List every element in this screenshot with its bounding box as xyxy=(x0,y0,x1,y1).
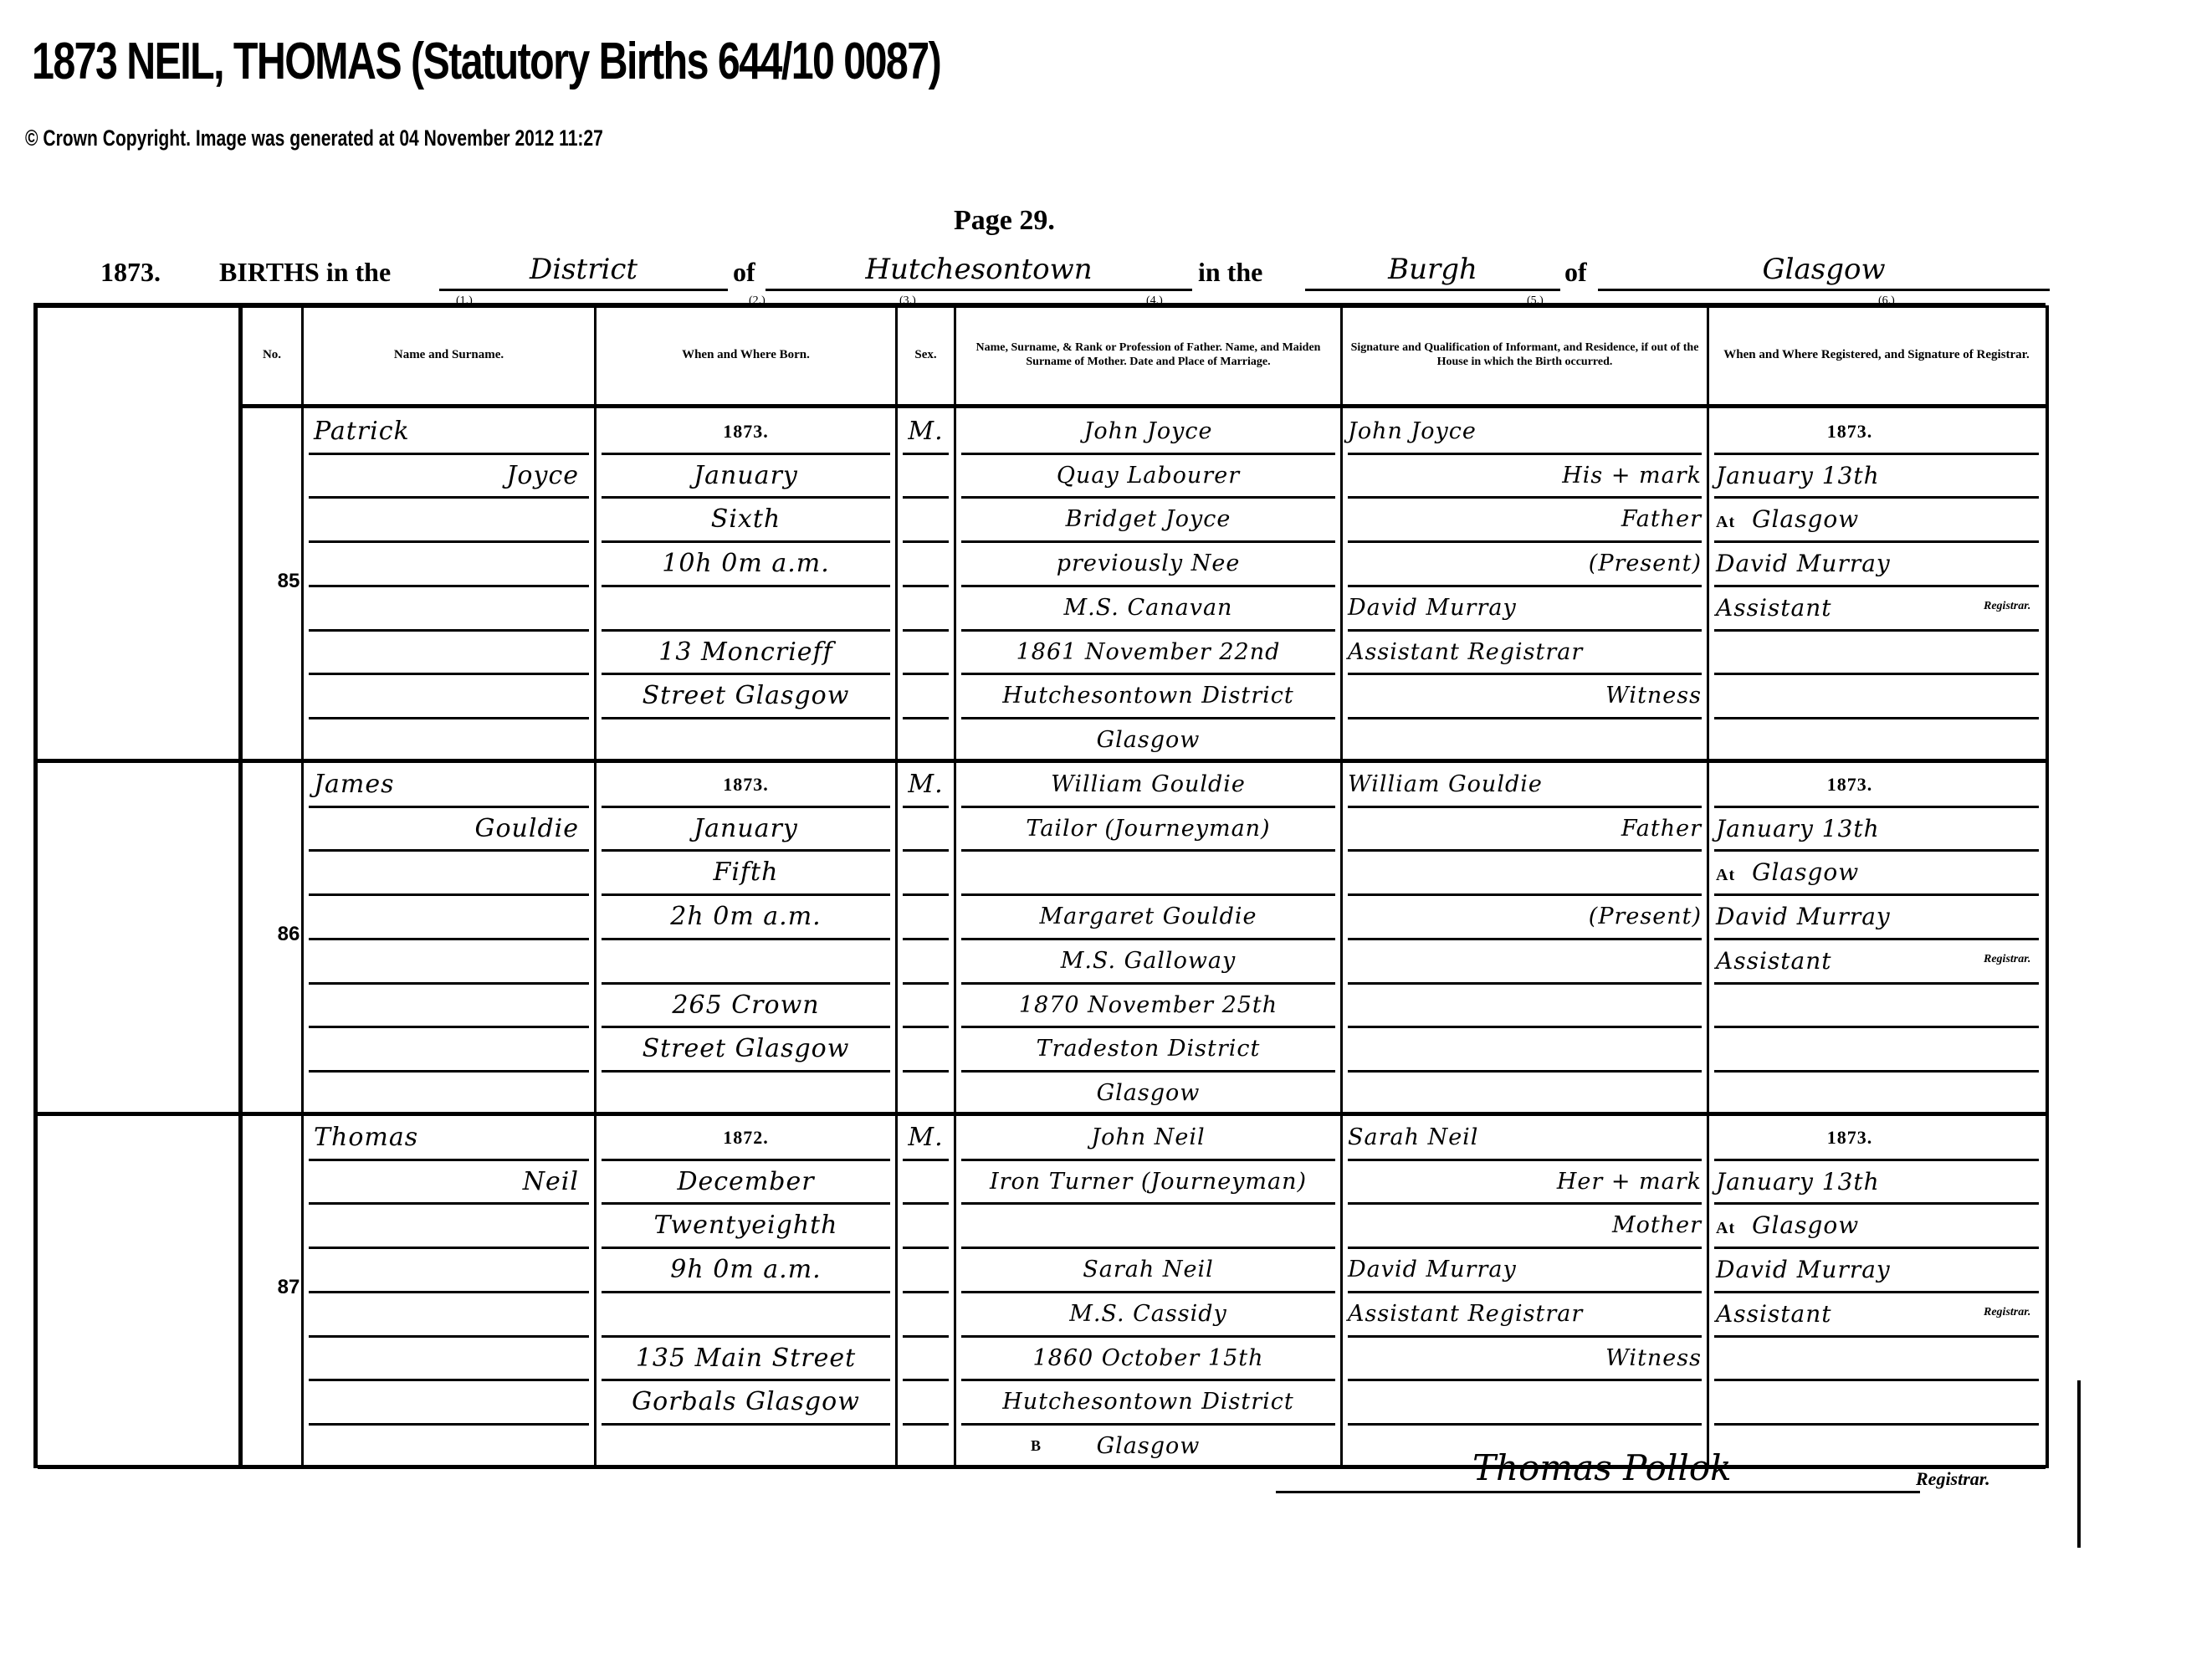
birth-detail: Street Glasgow xyxy=(602,1032,890,1066)
birth-detail: Street Glasgow xyxy=(602,679,890,713)
child-surname: Joyce xyxy=(314,459,579,493)
column-header-sex: Sex. xyxy=(898,305,954,404)
child-forename: James xyxy=(314,768,579,801)
ruled-line xyxy=(309,938,589,940)
parent-detail: Quay Labourer xyxy=(961,459,1335,493)
ruled-line xyxy=(1714,893,2039,896)
birth-detail: Gorbals Glasgow xyxy=(602,1385,890,1419)
ruled-line xyxy=(903,453,949,455)
at-label: At xyxy=(1716,866,1735,884)
ruled-line xyxy=(903,1026,949,1028)
of-label-2: of xyxy=(1564,257,1587,288)
ruled-line xyxy=(309,1202,589,1205)
birth-detail: Sixth xyxy=(602,503,890,536)
parent-detail: Hutchesontown District xyxy=(961,1385,1335,1419)
ruled-line xyxy=(1348,585,1702,587)
ruled-line xyxy=(903,1423,949,1426)
ruled-line xyxy=(903,629,949,632)
ruled-line xyxy=(903,717,949,719)
column-header-name: Name and Surname. xyxy=(304,305,594,404)
ruled-line xyxy=(1714,717,2039,719)
registration-detail: Assistant xyxy=(1716,945,1984,978)
ruled-line xyxy=(1714,982,2039,985)
entry-number: 87 xyxy=(243,1276,335,1299)
ruled-line xyxy=(961,982,1335,985)
ruled-line xyxy=(961,1026,1335,1028)
informant-detail: Assistant Registrar xyxy=(1348,636,1702,669)
column-header-parents: Name, Surname, & Rank or Profession of F… xyxy=(956,305,1340,404)
birth-detail: 265 Crown xyxy=(602,989,890,1022)
ruled-line xyxy=(903,1291,949,1293)
birth-detail: 13 Moncrieff xyxy=(602,636,890,669)
registrar-signature: Thomas Pollok xyxy=(1472,1447,1732,1488)
ruled-line xyxy=(903,496,949,499)
parent-detail: Tradeston District xyxy=(961,1032,1335,1066)
ruled-line xyxy=(309,1026,589,1028)
parent-detail: Bridget Joyce xyxy=(961,503,1335,536)
parent-detail: M.S. Canavan xyxy=(961,591,1335,625)
parent-detail: 1861 November 22nd xyxy=(961,636,1335,669)
parent-detail: Iron Turner (Journeyman) xyxy=(961,1165,1335,1199)
parent-detail: previously Nee xyxy=(961,547,1335,581)
registration-detail: AtGlasgow xyxy=(1716,503,1984,539)
parent-detail: Sarah Neil xyxy=(961,1253,1335,1287)
ruled-line xyxy=(1714,1291,2039,1293)
ruled-line xyxy=(602,585,890,587)
ruled-line xyxy=(602,1202,890,1205)
ruled-line xyxy=(602,849,890,852)
child-surname: Neil xyxy=(314,1165,579,1199)
ruled-line xyxy=(602,806,890,808)
ruled-line xyxy=(1348,806,1702,808)
page-number: Page 29. xyxy=(954,205,1055,237)
ruled-line xyxy=(1348,893,1702,896)
child-sex: M. xyxy=(901,415,950,448)
ruled-line xyxy=(602,629,890,632)
registration-detail: January 13th xyxy=(1716,812,1984,846)
ruled-line xyxy=(961,496,1335,499)
ruled-line xyxy=(961,1247,1335,1249)
page-edge xyxy=(2077,1380,2081,1548)
ruled-line xyxy=(1714,1247,2039,1249)
child-surname: Gouldie xyxy=(314,812,579,846)
ruled-line xyxy=(1714,629,2039,632)
informant-detail: (Present) xyxy=(1348,900,1702,934)
at-label: At xyxy=(1716,513,1735,531)
ruled-line xyxy=(602,1291,890,1293)
informant-detail: (Present) xyxy=(1348,547,1702,581)
ruled-line xyxy=(1714,1070,2039,1073)
registration-detail: 1873. xyxy=(1716,768,1984,801)
record-title: 1873 NEIL, THOMAS (Statutory Births 644/… xyxy=(32,32,940,91)
registration-detail: January 13th xyxy=(1716,459,1984,493)
ruled-line xyxy=(1348,496,1702,499)
ruled-line xyxy=(602,540,890,543)
child-sex: M. xyxy=(901,768,950,801)
district-type-field: District xyxy=(439,250,728,291)
births-in-the-label: BIRTHS in the xyxy=(219,257,391,288)
register-entry: 85PatrickJoyce1873.JanuarySixth10h 0m a.… xyxy=(38,408,2046,761)
ruled-line xyxy=(309,453,589,455)
ruled-line xyxy=(903,673,949,675)
birth-detail: 1872. xyxy=(602,1121,890,1154)
child-forename: Thomas xyxy=(314,1121,579,1154)
ruled-line xyxy=(1348,717,1702,719)
ruled-line xyxy=(602,673,890,675)
registration-detail: David Murray xyxy=(1716,547,1984,581)
ruled-line xyxy=(309,849,589,852)
parent-detail: Hutchesontown District xyxy=(961,679,1335,713)
ruled-line xyxy=(961,673,1335,675)
registration-detail: 1873. xyxy=(1716,415,1984,448)
ruled-line xyxy=(1348,1291,1702,1293)
ruled-line xyxy=(1348,1070,1702,1073)
informant-detail: Sarah Neil xyxy=(1348,1121,1702,1154)
ruled-line xyxy=(309,629,589,632)
ruled-line xyxy=(309,585,589,587)
ruled-line xyxy=(1348,453,1702,455)
ruled-line xyxy=(961,585,1335,587)
birth-detail: December xyxy=(602,1165,890,1199)
ruled-line xyxy=(1348,1202,1702,1205)
ruled-line xyxy=(1714,1026,2039,1028)
ruled-line xyxy=(309,496,589,499)
ruled-line xyxy=(602,1247,890,1249)
parent-detail: Glasgow xyxy=(961,724,1335,757)
ruled-line xyxy=(309,1423,589,1426)
parent-detail: William Gouldie xyxy=(961,768,1335,801)
informant-detail: Assistant Registrar xyxy=(1348,1298,1702,1331)
ruled-line xyxy=(309,1247,589,1249)
ruled-line xyxy=(309,1070,589,1073)
ruled-line xyxy=(309,1335,589,1338)
district-name-field: Hutchesontown xyxy=(765,250,1192,291)
ruled-line xyxy=(309,982,589,985)
at-label: At xyxy=(1716,1219,1735,1237)
ruled-line xyxy=(961,1423,1335,1426)
ruled-line xyxy=(1714,453,2039,455)
ruled-line xyxy=(1348,629,1702,632)
ruled-line xyxy=(903,982,949,985)
child-sex: M. xyxy=(901,1121,950,1154)
ruled-line xyxy=(309,717,589,719)
ruled-line xyxy=(602,1379,890,1381)
registration-detail: January 13th xyxy=(1716,1165,1984,1199)
registrar-label: Registrar. xyxy=(1916,1468,1990,1490)
entry-number: 85 xyxy=(243,570,335,593)
parent-detail: Glasgow xyxy=(961,1077,1335,1110)
column-header-no: No. xyxy=(243,305,301,404)
ruled-line xyxy=(961,938,1335,940)
informant-detail: David Murray xyxy=(1348,591,1702,625)
ruled-line xyxy=(903,1202,949,1205)
ruled-line xyxy=(602,1070,890,1073)
ruled-line xyxy=(903,1335,949,1338)
column-header-born: When and Where Born. xyxy=(597,305,895,404)
ruled-line xyxy=(961,1159,1335,1161)
ruled-line xyxy=(309,893,589,896)
column-header-informant: Signature and Qualification of Informant… xyxy=(1343,305,1707,404)
informant-detail: Father xyxy=(1348,812,1702,846)
ruled-line xyxy=(1348,1423,1702,1426)
registration-detail: David Murray xyxy=(1716,900,1984,934)
ruled-line xyxy=(961,1335,1335,1338)
ruled-line xyxy=(961,540,1335,543)
ruled-line xyxy=(903,1159,949,1161)
ruled-line xyxy=(1348,938,1702,940)
parent-detail: M.S. Galloway xyxy=(961,945,1335,978)
ruled-line xyxy=(961,806,1335,808)
birth-detail: Twentyeighth xyxy=(602,1209,890,1242)
ruled-line xyxy=(1348,1026,1702,1028)
ruled-line xyxy=(903,540,949,543)
burgh-name-field: Glasgow xyxy=(1598,250,2050,291)
ruled-line xyxy=(602,1159,890,1161)
ruled-line xyxy=(1714,1423,2039,1426)
ruled-line xyxy=(961,1202,1335,1205)
birth-detail: 10h 0m a.m. xyxy=(602,547,890,581)
copyright-notice: © Crown Copyright. Image was generated a… xyxy=(25,125,603,151)
child-forename: Patrick xyxy=(314,415,579,448)
birth-detail: 135 Main Street xyxy=(602,1342,890,1375)
ruled-line xyxy=(1714,1202,2039,1205)
informant-detail: Her + mark xyxy=(1348,1165,1702,1199)
registration-detail: David Murray xyxy=(1716,1253,1984,1287)
ruled-line xyxy=(961,717,1335,719)
ruled-line xyxy=(309,806,589,808)
in-the-label: in the xyxy=(1198,257,1262,288)
ruled-line xyxy=(961,893,1335,896)
parent-detail: 1870 November 25th xyxy=(961,989,1335,1022)
ruled-line xyxy=(961,1379,1335,1381)
ruled-line xyxy=(309,1379,589,1381)
parent-detail: M.S. Cassidy xyxy=(961,1298,1335,1331)
informant-detail: Witness xyxy=(1348,1342,1702,1375)
informant-detail: William Gouldie xyxy=(1348,768,1702,801)
ruled-line xyxy=(602,1423,890,1426)
ruled-line xyxy=(1714,496,2039,499)
ruled-line xyxy=(309,673,589,675)
ruled-line xyxy=(309,1159,589,1161)
ruled-line xyxy=(961,629,1335,632)
ruled-line xyxy=(602,717,890,719)
ruled-line xyxy=(1714,806,2039,808)
column-header-registered: When and Where Registered, and Signature… xyxy=(1709,305,2044,404)
birth-detail: 9h 0m a.m. xyxy=(602,1253,890,1287)
register-entry: 87ThomasNeil1872.DecemberTwentyeighth9h … xyxy=(38,1114,2046,1467)
ruled-line xyxy=(1348,982,1702,985)
informant-detail: Father xyxy=(1348,503,1702,536)
registrar-label: Registrar. xyxy=(1984,1306,2030,1319)
ruled-line xyxy=(1714,1159,2039,1161)
ruled-line xyxy=(602,1335,890,1338)
ruled-line xyxy=(1348,1247,1702,1249)
ruled-line xyxy=(602,453,890,455)
informant-detail: His + mark xyxy=(1348,459,1702,493)
ruled-line xyxy=(1348,1159,1702,1161)
registration-detail: AtGlasgow xyxy=(1716,856,1984,892)
ruled-line xyxy=(309,540,589,543)
of-label-1: of xyxy=(733,257,755,288)
entry-separator xyxy=(38,1465,2046,1469)
registrar-label: Registrar. xyxy=(1984,953,2030,966)
parent-detail: Glasgow xyxy=(961,1430,1335,1463)
ruled-line xyxy=(602,1026,890,1028)
ruled-line xyxy=(1714,673,2039,675)
parent-detail: Margaret Gouldie xyxy=(961,900,1335,934)
year-prefix: 1873. xyxy=(100,257,161,288)
ruled-line xyxy=(1714,1379,2039,1381)
registrar-label: Registrar. xyxy=(1984,600,2030,613)
parent-detail: 1860 October 15th xyxy=(961,1342,1335,1375)
birth-detail: January xyxy=(602,812,890,846)
ruled-line xyxy=(1714,849,2039,852)
registrar-signature-line xyxy=(1276,1491,1920,1493)
ruled-line xyxy=(903,938,949,940)
page-marker: B xyxy=(1031,1437,1041,1455)
ruled-line xyxy=(961,1070,1335,1073)
parent-detail: John Joyce xyxy=(961,415,1335,448)
birth-detail: January xyxy=(602,459,890,493)
entry-number: 86 xyxy=(243,923,335,946)
registration-detail: Assistant xyxy=(1716,591,1984,625)
birth-detail: 1873. xyxy=(602,768,890,801)
ruled-line xyxy=(602,938,890,940)
ruled-line xyxy=(903,1070,949,1073)
ruled-line xyxy=(602,893,890,896)
birth-detail: 2h 0m a.m. xyxy=(602,900,890,934)
ruled-line xyxy=(1714,1335,2039,1338)
ruled-line xyxy=(1714,938,2039,940)
birth-detail: 1873. xyxy=(602,415,890,448)
birth-register-table: No. Name and Surname. When and Where Bor… xyxy=(33,305,2049,1468)
registration-detail: 1873. xyxy=(1716,1121,1984,1154)
parent-detail: Tailor (Journeyman) xyxy=(961,812,1335,846)
ruled-line xyxy=(961,1291,1335,1293)
ruled-line xyxy=(1348,1379,1702,1381)
informant-detail: Mother xyxy=(1348,1209,1702,1242)
ruled-line xyxy=(903,806,949,808)
ruled-line xyxy=(961,453,1335,455)
ruled-line xyxy=(602,496,890,499)
burgh-type-field: Burgh xyxy=(1305,250,1560,291)
ruled-line xyxy=(1714,585,2039,587)
ruled-line xyxy=(1348,1335,1702,1338)
ruled-line xyxy=(903,893,949,896)
ruled-line xyxy=(1348,849,1702,852)
ruled-line xyxy=(309,1291,589,1293)
register-entry: 86JamesGouldie1873.JanuaryFifth2h 0m a.m… xyxy=(38,761,2046,1114)
registration-detail: AtGlasgow xyxy=(1716,1209,1984,1245)
birth-detail: Fifth xyxy=(602,856,890,889)
ruled-line xyxy=(602,982,890,985)
ruled-line xyxy=(1714,540,2039,543)
informant-detail: John Joyce xyxy=(1348,415,1702,448)
ruled-line xyxy=(961,849,1335,852)
ruled-line xyxy=(1348,540,1702,543)
ruled-line xyxy=(1348,673,1702,675)
parent-detail: John Neil xyxy=(961,1121,1335,1154)
register-heading: 1873. BIRTHS in the District of Hutcheso… xyxy=(100,251,2050,293)
ruled-line xyxy=(903,1379,949,1381)
ruled-line xyxy=(903,849,949,852)
registration-detail: Assistant xyxy=(1716,1298,1984,1331)
ruled-line xyxy=(903,1247,949,1249)
ruled-line xyxy=(903,585,949,587)
informant-detail: David Murray xyxy=(1348,1253,1702,1287)
informant-detail: Witness xyxy=(1348,679,1702,713)
